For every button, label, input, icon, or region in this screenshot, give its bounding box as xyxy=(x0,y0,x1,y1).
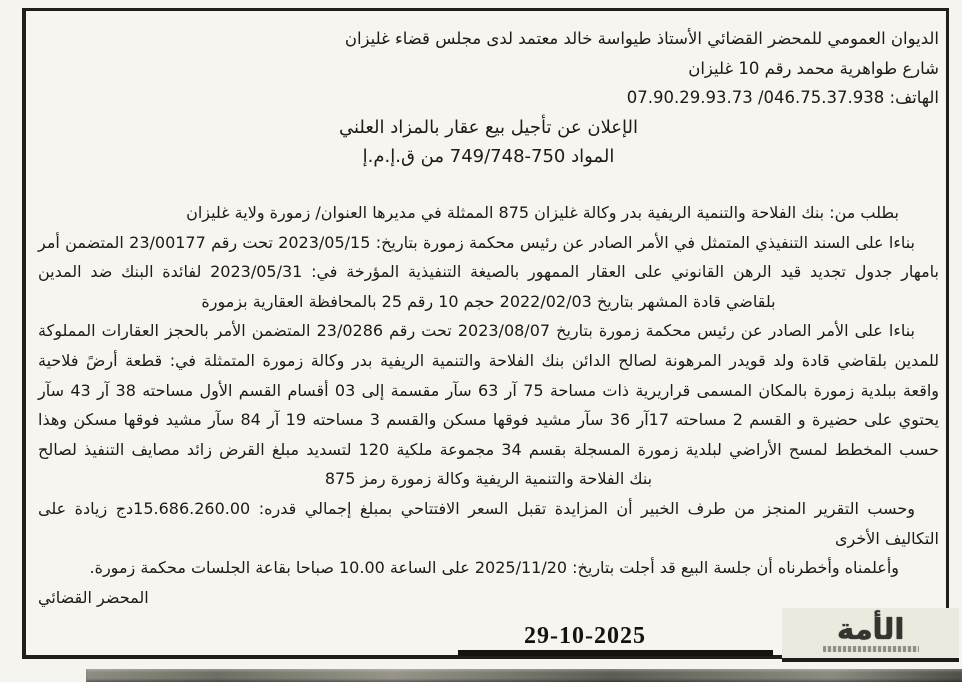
body-line: بامهار جدول تجديد قيد الرهن القانوني على… xyxy=(38,257,939,287)
notice-text: الديوان العمومي للمحضر القضائي الأستاذ ط… xyxy=(26,11,946,612)
body-line: بلقاضي قادة المشهر بتاريخ 2022/02/03 حجم… xyxy=(38,287,939,317)
document-frame: الديوان العمومي للمحضر القضائي الأستاذ ط… xyxy=(22,8,949,659)
body-line: بطلب من: بنك الفلاحة والتنمية الريفية بد… xyxy=(38,198,939,228)
body-line: بنك الفلاحة والتنمية الريفية وكالة زمورة… xyxy=(38,464,939,494)
body-line: بناءا على الأمر الصادر عن رئيس محكمة زمو… xyxy=(38,316,939,346)
newspaper-logo-caption-strip xyxy=(823,646,919,652)
body-line: حسب المخطط لمسح الأراضي لبلدية زمورة الم… xyxy=(38,435,939,465)
body-line: واقعة ببلدية زمورة بالمكان المسمى قرارير… xyxy=(38,376,939,406)
judicial-office-line: الديوان العمومي للمحضر القضائي الأستاذ ط… xyxy=(38,24,939,54)
body-line: بناءا على السند التنفيذي المتمثل في الأم… xyxy=(38,228,939,258)
scanned-notice-page: الديوان العمومي للمحضر القضائي الأستاذ ط… xyxy=(0,0,962,682)
newspaper-logo: الأمة xyxy=(782,608,959,662)
notice-title: الإعلان عن تأجيل بيع عقار بالمزاد العلني xyxy=(38,113,939,143)
address-line: شارع طواهرية محمد رقم 10 غليزان xyxy=(38,54,939,84)
body-line: يحتوي على حضيرة و القسم 2 مساحته 17آر 36… xyxy=(38,405,939,435)
notice-body: بطلب من: بنك الفلاحة والتنمية الريفية بد… xyxy=(38,198,939,612)
legal-articles-subtitle: المواد 750-749/748 من ق.إ.م.إ xyxy=(38,142,939,172)
body-line: وحسب التقرير المنجز من طرف الخبير أن الم… xyxy=(38,494,939,524)
body-line: للمدين بلقاضي قادة ولد قويدر المرهونة لص… xyxy=(38,346,939,376)
date-underline-rule xyxy=(458,650,773,656)
phone-line: الهاتف: 046.75.37.938/ 07.90.29.93.73 xyxy=(38,83,939,113)
newspaper-logo-text: الأمة xyxy=(837,614,904,644)
body-line: التكاليف الأخرى xyxy=(38,524,939,554)
body-line: وأعلمناه وأخطرناه أن جلسة البيع قد أجلت … xyxy=(38,553,939,583)
publication-date: 29-10-2025 xyxy=(480,623,690,650)
bottom-scan-edge-strip xyxy=(86,669,962,682)
